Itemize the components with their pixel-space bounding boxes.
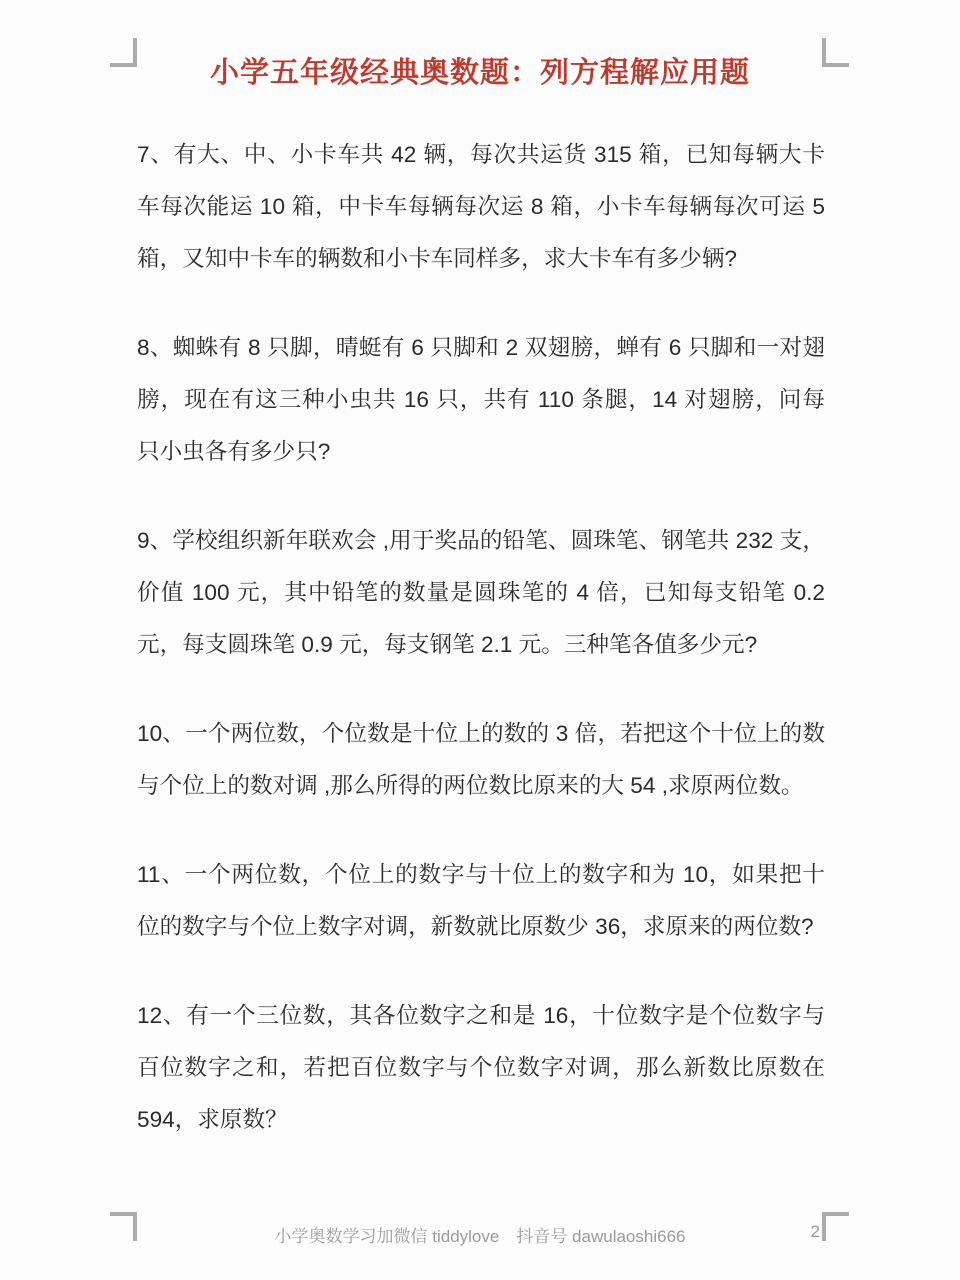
problem-12-line-2: 百位数字之和，若把百位数字与个位数字对调，那么新数比原数在	[137, 1042, 825, 1094]
problem-7-line-2: 车每次能运 10 箱，中卡车每辆每次运 8 箱，小卡车每辆每次可运 5	[137, 181, 825, 233]
problem-11-line-2: 位的数字与个位上数字对调，新数就比原数少 36，求原来的两位数?	[137, 901, 825, 953]
problem-7-line-3: 箱，又知中卡车的辆数和小卡车同样多，求大卡车有多少辆?	[137, 233, 825, 285]
problem-12-line-3: 594，求原数？	[137, 1094, 825, 1146]
problem-12: 12、有一个三位数，其各位数字之和是 16，十位数字是个位数字与 百位数字之和，…	[137, 990, 825, 1146]
problem-8: 8、蜘蛛有 8 只脚，晴蜓有 6 只脚和 2 双翅膀，蝉有 6 只脚和一对翅 膀…	[137, 322, 825, 478]
worksheet-page: 小学五年级经典奥数题：列方程解应用题 7、有大、中、小卡车共 42 辆，每次共运…	[0, 0, 960, 1280]
page-number: 2	[811, 1222, 820, 1242]
problem-7: 7、有大、中、小卡车共 42 辆，每次共运货 315 箱，已知每辆大卡 车每次能…	[137, 129, 825, 285]
problem-10-line-2: 与个位上的数对调 ,那么所得的两位数比原来的大 54 ,求原两位数。	[137, 760, 825, 812]
problem-8-line-1: 8、蜘蛛有 8 只脚，晴蜓有 6 只脚和 2 双翅膀，蝉有 6 只脚和一对翅	[137, 322, 825, 374]
problem-9: 9、学校组织新年联欢会 ,用于奖品的铅笔、圆珠笔、钢笔共 232 支， 价值 1…	[137, 515, 825, 671]
problem-9-line-1: 9、学校组织新年联欢会 ,用于奖品的铅笔、圆珠笔、钢笔共 232 支，	[137, 515, 825, 567]
problem-11: 11、一个两位数，个位上的数字与十位上的数字和为 10，如果把十 位的数字与个位…	[137, 849, 825, 953]
problem-9-line-2: 价值 100 元，其中铅笔的数量是圆珠笔的 4 倍，已知每支铅笔 0.2	[137, 567, 825, 619]
problem-10: 10、一个两位数，个位数是十位上的数的 3 倍，若把这个十位上的数 与个位上的数…	[137, 708, 825, 812]
problem-10-line-1: 10、一个两位数，个位数是十位上的数的 3 倍，若把这个十位上的数	[137, 708, 825, 760]
problems-list: 7、有大、中、小卡车共 42 辆，每次共运货 315 箱，已知每辆大卡 车每次能…	[137, 129, 825, 1183]
problem-11-line-1: 11、一个两位数，个位上的数字与十位上的数字和为 10，如果把十	[137, 849, 825, 901]
problem-9-line-3: 元，每支圆珠笔 0.9 元，每支钢笔 2.1 元。三种笔各值多少元?	[137, 619, 825, 671]
problem-8-line-3: 只小虫各有多少只?	[137, 426, 825, 478]
problem-8-line-2: 膀，现在有这三种小虫共 16 只，共有 110 条腿，14 对翅膀，问每	[137, 374, 825, 426]
problem-12-line-1: 12、有一个三位数，其各位数字之和是 16，十位数字是个位数字与	[137, 990, 825, 1042]
problem-7-line-1: 7、有大、中、小卡车共 42 辆，每次共运货 315 箱，已知每辆大卡	[137, 129, 825, 181]
page-title: 小学五年级经典奥数题：列方程解应用题	[0, 50, 960, 91]
